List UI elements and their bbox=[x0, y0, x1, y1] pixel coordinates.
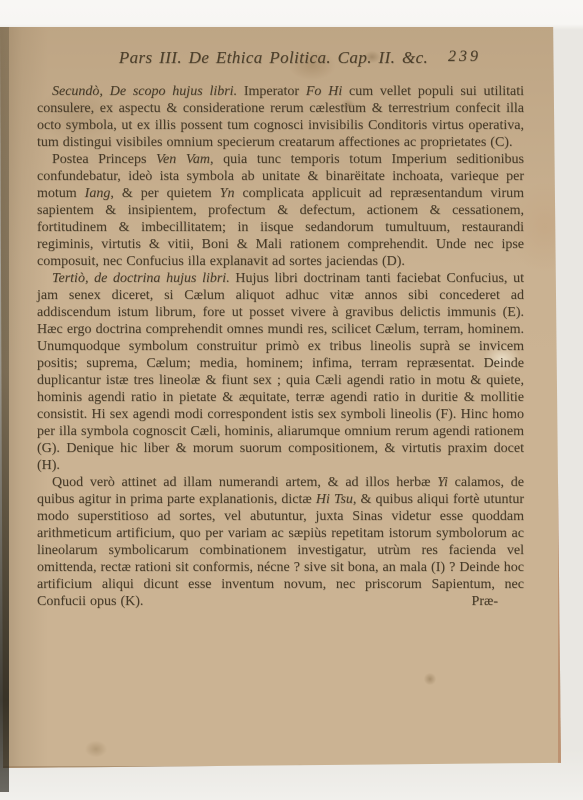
paragraph: Postea Princeps Ven Vam, quia tunc tempo… bbox=[37, 151, 524, 270]
paragraph: Secundò, De scopo hujus libri. Imperator… bbox=[37, 83, 524, 151]
paragraph: Quod verò attinet ad illam numerandi art… bbox=[37, 474, 524, 610]
body-text: Secundò, De scopo hujus libri. Imperator… bbox=[37, 83, 524, 610]
running-header: Pars III. De Ethica Politica. Cap. II. &… bbox=[38, 48, 509, 68]
page-number: 239 bbox=[448, 48, 481, 66]
page-spine-shadow bbox=[0, 27, 9, 792]
paragraph: Tertiò, de doctrina hujus libri. Hujus l… bbox=[37, 270, 524, 474]
book-page: Pars III. De Ethica Politica. Cap. II. &… bbox=[0, 27, 561, 768]
header-title: Pars III. De Ethica Politica. Cap. II. &… bbox=[119, 48, 428, 67]
catchword: Præ- bbox=[472, 593, 498, 610]
